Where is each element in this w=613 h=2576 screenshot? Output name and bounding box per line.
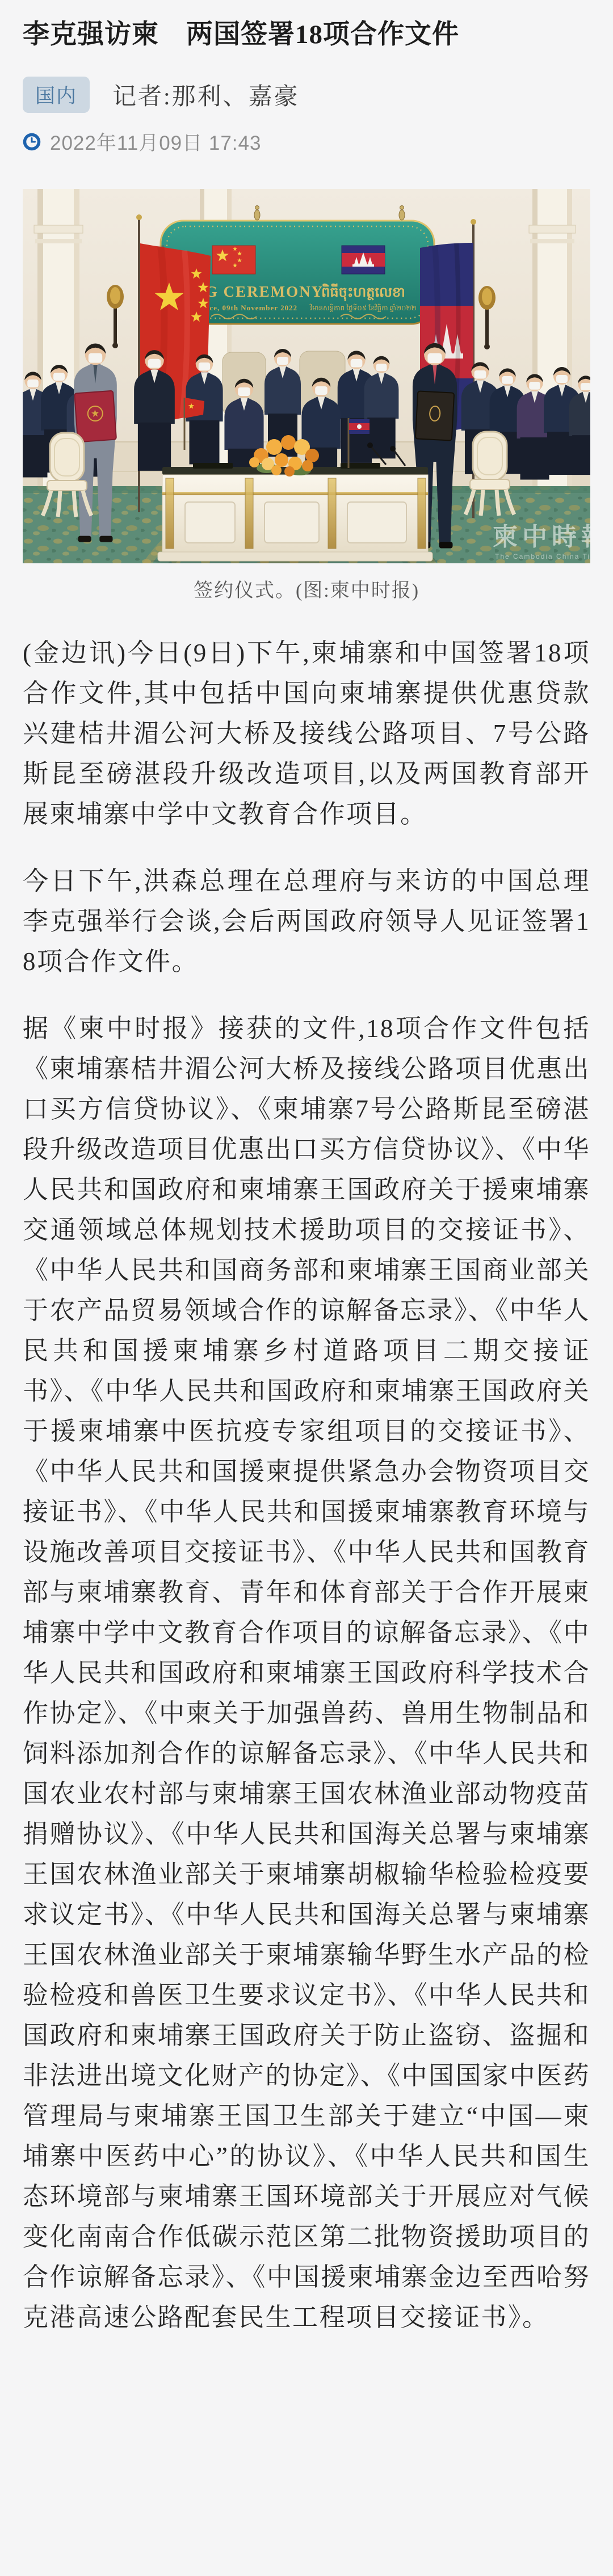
- category-tag[interactable]: 国内: [23, 77, 90, 113]
- banner-khmer-subtitle: វិមានសន្តិភាព ថ្ងៃទី០៩ ខែវិច្ឆិកា ឆ្នាំ២…: [309, 303, 417, 312]
- article-meta: 国内 记者:那利、嘉豪: [23, 77, 590, 113]
- reporter-byline: 记者:那利、嘉豪: [112, 78, 300, 112]
- watermark-en: The Cambodia China Times: [495, 553, 590, 560]
- publish-row: 2022年11月09日 17:43: [23, 128, 590, 156]
- article-body: (金边讯)今日(9日)下午,柬埔寨和中国签署18项合作文件,其中包括中国向柬埔寨…: [23, 633, 590, 2338]
- banner-khmer-title: ពិធីចុះហត្ថលេខា: [321, 283, 405, 302]
- article-figure: SIGNING CEREMONY Peace Palace, 09th Nove…: [23, 189, 590, 602]
- article-paragraph: 据《柬中时报》接获的文件,18项合作文件包括《柬埔寨桔井湄公河大桥及接线公路项目…: [23, 1009, 590, 2338]
- article-photo[interactable]: SIGNING CEREMONY Peace Palace, 09th Nove…: [23, 189, 590, 563]
- article-paragraph: 今日下午,洪森总理在总理府与来访的中国总理李克强举行会谈,会后两国政府领导人见证…: [23, 861, 590, 982]
- photo-caption: 签约仪式。(图:柬中时报): [23, 575, 590, 602]
- watermark-cn: 柬中時報: [493, 523, 590, 551]
- article-paragraph: (金边讯)今日(9日)下午,柬埔寨和中国签署18项合作文件,其中包括中国向柬埔寨…: [23, 633, 590, 834]
- page-title: 李克强访柬 两国签署18项合作文件: [23, 18, 590, 52]
- banner-cambodia-flag: [342, 246, 385, 274]
- photo-watermark: 柬中時報 The Cambodia China Times: [493, 523, 590, 560]
- banner-china-flag: [212, 246, 255, 274]
- signing-table: [150, 463, 440, 563]
- red-folder: [74, 390, 116, 442]
- black-folder: [415, 391, 454, 440]
- signing-ceremony-photo: SIGNING CEREMONY Peace Palace, 09th Nove…: [23, 189, 590, 563]
- article-page: 李克强访柬 两国签署18项合作文件 国内 记者:那利、嘉豪 2022年11月09…: [0, 0, 613, 2576]
- publish-datetime: 2022年11月09日 17:43: [50, 128, 261, 156]
- clock-icon: [23, 133, 41, 151]
